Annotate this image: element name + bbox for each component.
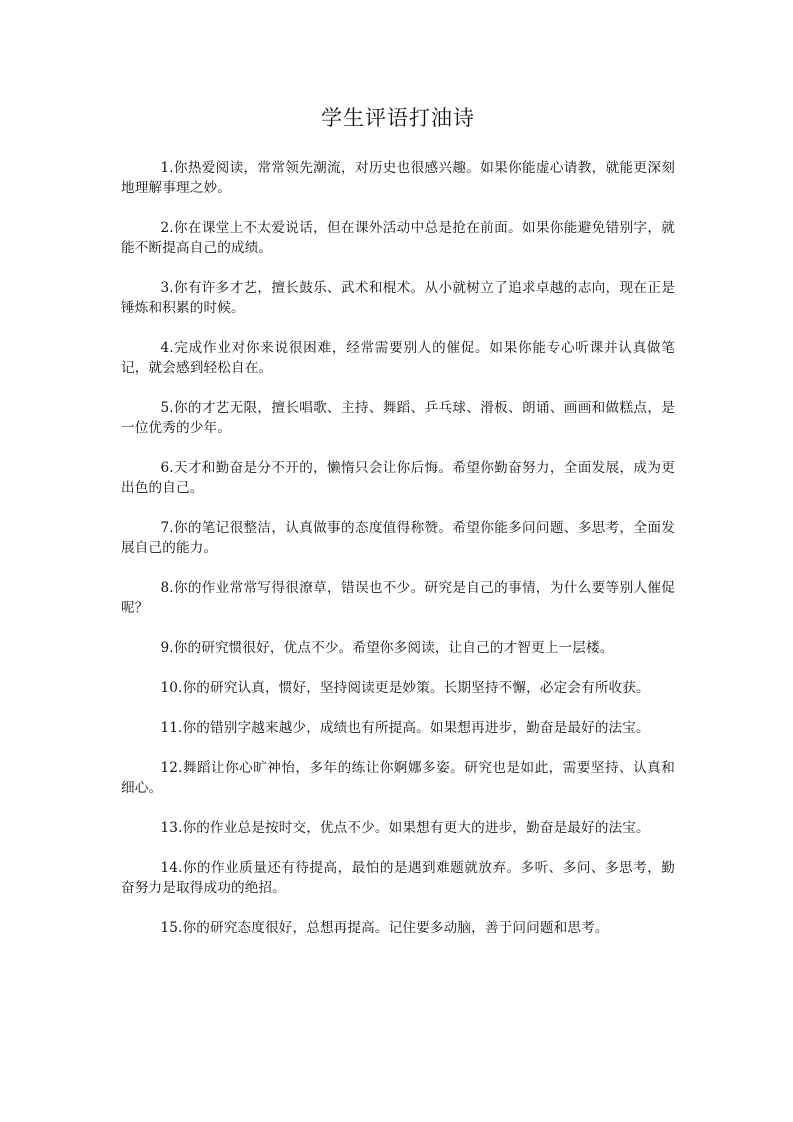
comment-paragraph-14: 14.你的作业质量还有待提高，最怕的是遇到难题就放弃。多听、多问、多思考，勤奋努… [121, 858, 675, 898]
comment-paragraph-11: 11.你的错别字越来越少，成绩也有所提高。如果想再进步，勤奋是最好的法宝。 [121, 718, 675, 738]
comment-paragraph-12: 12.舞蹈让你心旷神怡，多年的练让你婀娜多姿。研究也是如此，需要坚持、认真和细心… [121, 758, 675, 798]
comment-paragraph-2: 2.你在课堂上不太爱说话，但在课外活动中总是抢在前面。如果你能避免错别字，就能不… [121, 218, 675, 258]
comment-paragraph-3: 3.你有许多才艺，擅长鼓乐、武术和棍术。从小就树立了追求卓越的志向，现在正是锤炼… [121, 278, 675, 318]
comment-paragraph-1: 1.你热爱阅读，常常领先潮流，对历史也很感兴趣。如果你能虚心请教，就能更深刻地理… [121, 158, 675, 198]
comment-paragraph-10: 10.你的研究认真，惯好，坚持阅读更是妙策。长期坚持不懈，必定会有所收获。 [121, 678, 675, 698]
comment-paragraph-8: 8.你的作业常常写得很潦草，错误也不少。研究是自己的事情，为什么要等别人催促呢？ [121, 578, 675, 618]
comment-paragraph-7: 7.你的笔记很整洁，认真做事的态度值得称赞。希望你能多问问题、多思考，全面发展自… [121, 518, 675, 558]
comment-paragraph-13: 13.你的作业总是按时交，优点不少。如果想有更大的进步，勤奋是最好的法宝。 [121, 818, 675, 838]
comment-paragraph-6: 6.天才和勤奋是分不开的，懒惰只会让你后悔。希望你勤奋努力，全面发展，成为更出色… [121, 458, 675, 498]
document-title: 学生评语打油诗 [121, 103, 675, 133]
document-body: 1.你热爱阅读，常常领先潮流，对历史也很感兴趣。如果你能虚心请教，就能更深刻地理… [121, 158, 675, 958]
comment-paragraph-15: 15.你的研究态度很好，总想再提高。记住要多动脑，善于问问题和思考。 [121, 918, 675, 938]
comment-paragraph-5: 5.你的才艺无限，擅长唱歌、主持、舞蹈、乒乓球、滑板、朗诵、画画和做糕点，是一位… [121, 398, 675, 438]
comment-paragraph-4: 4.完成作业对你来说很困难，经常需要别人的催促。如果你能专心听课并认真做笔记，就… [121, 338, 675, 378]
comment-paragraph-9: 9.你的研究惯很好，优点不少。希望你多阅读，让自己的才智更上一层楼。 [121, 638, 675, 658]
